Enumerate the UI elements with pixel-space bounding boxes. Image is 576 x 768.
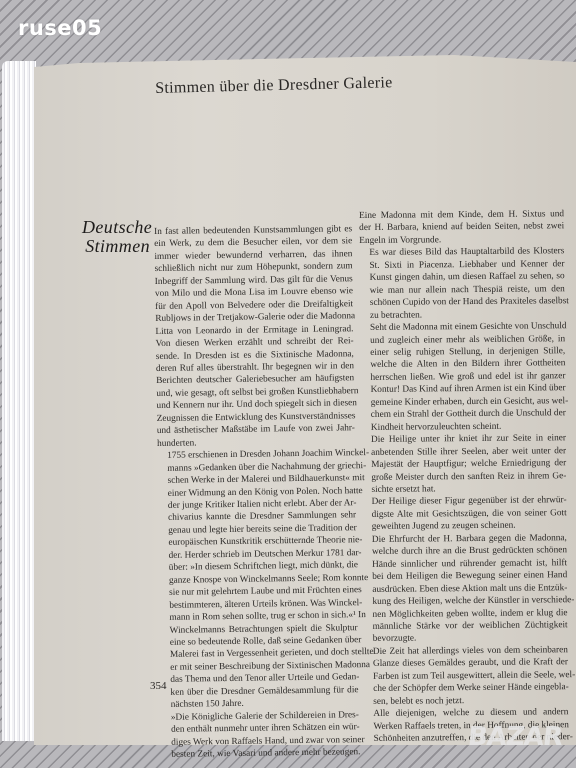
paragraph: In fast allen bedeutenden Kunstsammlunge…: [154, 223, 355, 450]
side-heading: Deutsche Stimmen: [82, 218, 150, 256]
text-line: chem ein Strahl der Gottheit durch die U…: [361, 407, 566, 421]
paragraph: Seht die Madonna mit einem Gesichte von …: [360, 320, 566, 434]
text-line: große Meister durch den sanften Reiz in …: [361, 470, 566, 484]
text-line: Seht die Madonna mit einem Gesichte von …: [360, 320, 565, 334]
side-heading-line-2: Stimmen: [82, 237, 150, 256]
paragraph: Die Zeit hat allerdings vieles von dem s…: [363, 644, 569, 708]
watermark-ruse05: ruse05: [18, 16, 102, 40]
paragraph: »Die Königliche Galerie der Schildereien…: [161, 709, 360, 762]
text-line: der H. Barbara, kniend auf beiden Seiten…: [359, 221, 564, 235]
left-text-column: In fast allen bedeutenden Kunstsammlunge…: [154, 223, 359, 761]
bazar-watermark-logo: BAZAR: [466, 722, 563, 752]
text-line: digste Alte mit Gesichtszügen, die von s…: [362, 507, 567, 521]
paragraph: Die Heilige unter ihr kniet ihr zur Seit…: [361, 432, 567, 496]
paragraph: 1755 erschienen in Dresden Johann Joachi…: [157, 447, 359, 711]
paragraph: Der Heilige dieser Figur gegenüber ist d…: [361, 495, 566, 534]
text-line: kung des Heiligen, welche der Künstler i…: [362, 594, 567, 608]
side-heading-line-1: Deutsche: [82, 218, 150, 237]
paragraph: Eine Madonna mit dem Kinde, dem H. Sixtu…: [359, 208, 564, 247]
text-line: che der Schöpfer dem Werke seiner Hände …: [363, 681, 568, 695]
right-text-column: Eine Madonna mit dem Kinde, dem H. Sixtu…: [359, 208, 569, 745]
paragraph: Die Ehrfurcht der H. Barbara gegen die M…: [362, 532, 568, 646]
text-line: schönen Cupido von der Hand des Praxitel…: [360, 295, 565, 309]
text-line: bei dem Heiligen die Bewegung seiner ein…: [362, 569, 567, 583]
paragraph: Es war dieses Bild das Hauptaltarbild de…: [359, 246, 565, 323]
page-number: 354: [150, 680, 167, 692]
text-line: männliche Stärke vor der weiblichen Züch…: [363, 619, 568, 633]
text-line: Majestät der Hauptfigur; welche Erniedri…: [361, 457, 566, 471]
page-edges: [2, 61, 36, 741]
text-line: Alle diejenigen, welche zu diesem und an…: [363, 706, 568, 720]
text-line: besten Zeit, wie Vasari und andere mehr …: [161, 746, 359, 761]
